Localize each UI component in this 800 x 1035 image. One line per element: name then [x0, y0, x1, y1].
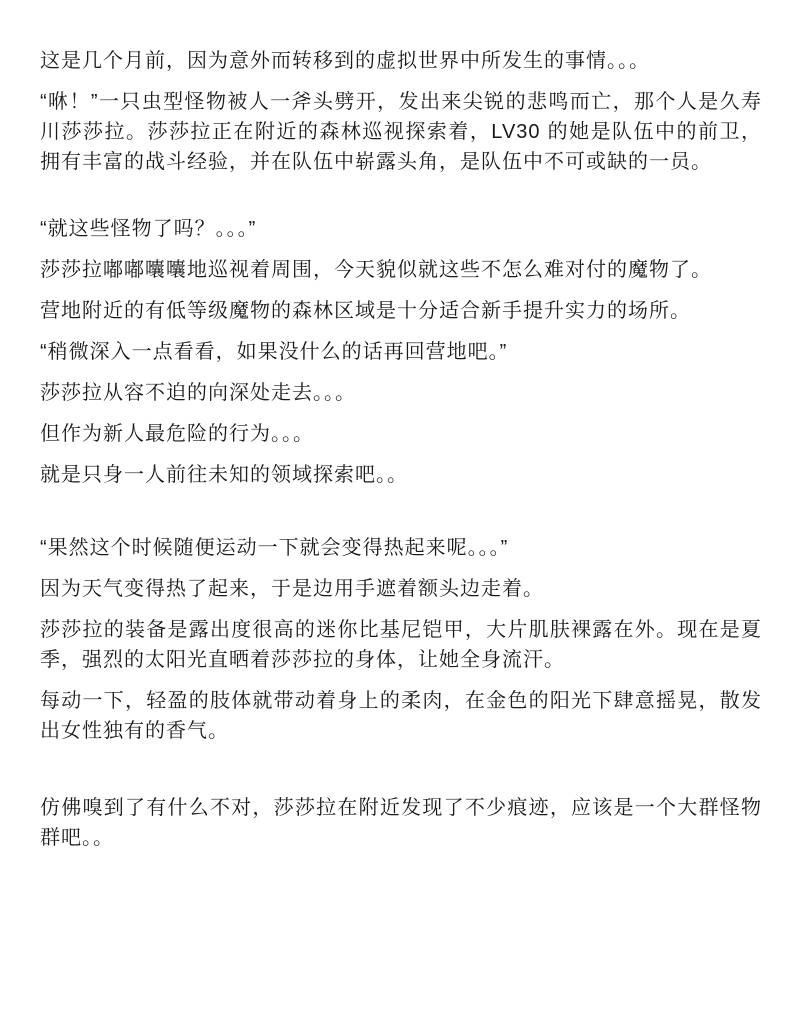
- paragraph: 莎莎拉嘟嘟囔囔地巡视着周围，今天貌似就这些不怎么难对付的魔物了。: [40, 255, 762, 285]
- blank-line: [40, 501, 762, 533]
- paragraph: “咻！”一只虫型怪物被人一斧头劈开，发出来尖锐的悲鸣而亡，那个人是久寿川莎莎拉。…: [40, 87, 762, 177]
- paragraph-dialogue: “果然这个时候随便运动一下就会变得热起来呢。。。”: [40, 533, 762, 563]
- paragraph: 就是只身一人前往未知的领域探索吧。。: [40, 460, 762, 490]
- paragraph-dialogue: “就这些怪物了吗？。。。”: [40, 214, 762, 244]
- paragraph-dialogue: “稍微深入一点看看，如果没什么的话再回营地吧。”: [40, 337, 762, 367]
- document-page: 这是几个月前，因为意外而转移到的虚拟世界中所发生的事情。。。 “咻！”一只虫型怪…: [0, 0, 800, 1035]
- paragraph: 每动一下，轻盈的肢体就带动着身上的柔肉，在金色的阳光下肆意摇晃，散发出女性独有的…: [40, 686, 762, 746]
- paragraph: 营地附近的有低等级魔物的森林区域是十分适合新手提升实力的场所。: [40, 296, 762, 326]
- paragraph: 莎莎拉的装备是露出度很高的迷你比基尼铠甲，大片肌肤裸露在外。现在是夏季，强烈的太…: [40, 615, 762, 675]
- paragraph: 因为天气变得热了起来，于是边用手遮着额头边走着。: [40, 574, 762, 604]
- paragraph: 这是几个月前，因为意外而转移到的虚拟世界中所发生的事情。。。: [40, 46, 762, 76]
- paragraph: 仿佛嗅到了有什么不对，莎莎拉在附近发现了不少痕迹，应该是一个大群怪物群吧。。: [40, 793, 762, 853]
- paragraph: 但作为新人最危险的行为。。。: [40, 419, 762, 449]
- paragraph: 莎莎拉从容不迫的向深处走去。。。: [40, 378, 762, 408]
- blank-line: [40, 188, 762, 214]
- blank-line: [40, 757, 762, 793]
